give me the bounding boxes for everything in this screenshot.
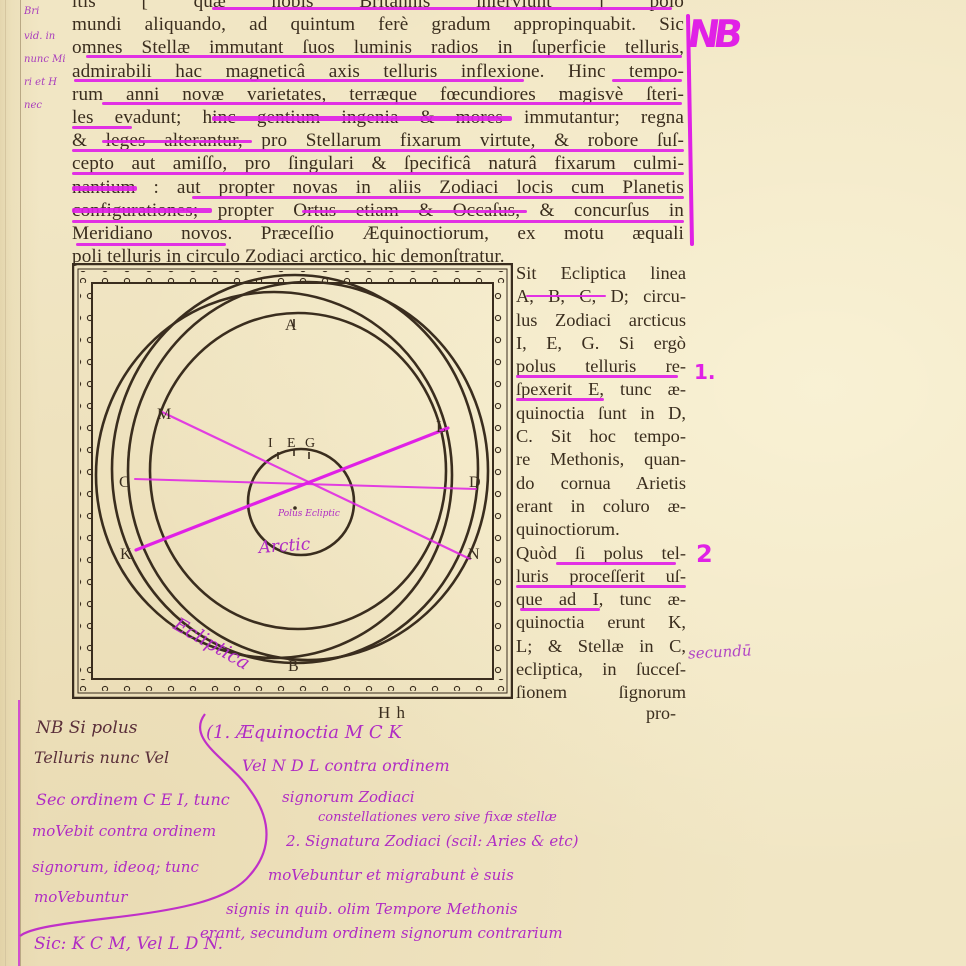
text-line: nantium : aut propter novas in aliis Zod… xyxy=(72,176,684,199)
text-line-content: cepto aut amiſſo, pro ſingulari & ſpecif… xyxy=(72,153,684,174)
strike-mark xyxy=(302,210,527,213)
side-line-content: que ad I, tunc æ- xyxy=(516,589,686,609)
side-line-content: quinoctia ſunt in D, xyxy=(516,403,686,423)
side-line-content: L; & Stellæ in C, xyxy=(516,636,686,656)
left-note: nunc Mi xyxy=(24,48,70,71)
side-line-content: Sit Ecliptica linea xyxy=(516,263,686,283)
signature-mark: H h xyxy=(378,703,406,723)
side-line: erant in coluro æ- xyxy=(516,495,686,518)
side-line: re Methonis, quan- xyxy=(516,448,686,471)
text-line-content: ſtis [ quæ nobis Britannis inſerviunt ] … xyxy=(72,0,684,12)
side-line: ſpexerit E, tunc æ- xyxy=(516,378,686,401)
handwritten-ecliptica: Ecliptica xyxy=(169,613,254,675)
margin-number-1: 1. xyxy=(694,360,716,384)
side-line-content: C. Sit hoc tempo- xyxy=(516,426,686,446)
text-line: ſtis [ quæ nobis Britannis inſerviunt ] … xyxy=(72,0,684,13)
side-line-content: I, E, G. Si ergò xyxy=(516,333,686,353)
manuscript-line: constellationes vero sive fixæ stellæ xyxy=(318,810,557,825)
side-line: I, E, G. Si ergò xyxy=(516,332,686,355)
diagram-svg: A B C D I E G K L M N Polus Ecliptic Arc… xyxy=(72,263,513,699)
manuscript-line: Vel N D L contra ordinem xyxy=(242,756,450,775)
label-k: K xyxy=(120,546,132,563)
side-column: Sit Ecliptica linea A, B, C, D; circu- l… xyxy=(516,262,686,705)
side-line: quinoctia erunt K, xyxy=(516,611,686,634)
side-line-content: ſpexerit E, tunc æ- xyxy=(516,379,686,399)
side-line: quinoctia ſunt in D, xyxy=(516,402,686,425)
strike-mark xyxy=(526,295,606,297)
manuscript-line: moVebuntur et migrabunt è suis xyxy=(268,866,514,884)
side-line-content: re Methonis, quan- xyxy=(516,449,686,469)
strike-mark xyxy=(72,186,137,191)
text-line: Meridiano novos. Præceſſio Æquinoctiorum… xyxy=(72,222,684,245)
label-i: I xyxy=(268,436,273,451)
left-note: nec xyxy=(24,94,70,117)
manuscript-line: Sic: K C M, Vel L D N. xyxy=(34,934,223,954)
text-line: & leges alterantur, pro Stellarum fixaru… xyxy=(72,129,684,152)
side-line-content: ecliptica, in ſucceſ- xyxy=(516,659,686,679)
side-line-content: polus telluris re- xyxy=(516,356,686,376)
label-c: C xyxy=(119,474,130,491)
text-line: admirabili hac magneticâ axis telluris i… xyxy=(72,60,684,83)
manuscript-line: signis in quib. olim Tempore Methonis xyxy=(226,900,518,918)
label-m: M xyxy=(157,406,171,423)
side-line: ſionem ſignorum xyxy=(516,681,686,704)
side-line: Quòd ſi polus tel- xyxy=(516,542,686,565)
text-line: les evadunt; hinc gentium ingenia & more… xyxy=(72,106,684,129)
text-line: omnes Stellæ immutant ſuos luminis radio… xyxy=(72,36,684,59)
text-line: cepto aut amiſſo, pro ſingulari & ſpecif… xyxy=(72,152,684,175)
margin-number-2: 2 xyxy=(696,540,713,568)
left-margin-notes: Bri vid. in nunc Mi ri et H nec xyxy=(24,0,70,117)
left-note: Bri xyxy=(24,0,70,23)
left-note: vid. in xyxy=(24,25,70,48)
astronomical-diagram: A B C D I E G K L M N Polus Ecliptic Arc… xyxy=(72,263,513,699)
handwritten-arctic: Arctic xyxy=(256,534,311,558)
highlight-mark xyxy=(74,79,524,82)
side-line: luris proceſſerit uſ- xyxy=(516,565,686,588)
side-line-content: quinoctiorum. xyxy=(516,519,620,539)
side-line-content: luris proceſſerit uſ- xyxy=(516,566,686,586)
left-note: ri et H xyxy=(24,71,70,94)
highlight-mark xyxy=(612,79,682,82)
label-l: L xyxy=(436,419,446,436)
main-paragraph: ſtis [ quæ nobis Britannis inſerviunt ] … xyxy=(72,0,684,268)
manuscript-line: 2. Signatura Zodiaci (scil: Aries & etc) xyxy=(286,832,578,850)
label-b: B xyxy=(288,658,299,675)
handwritten-polus-ecliptic: Polus Ecliptic xyxy=(277,509,340,519)
label-n: N xyxy=(468,546,480,563)
label-e: E xyxy=(287,436,296,451)
catchword: pro- xyxy=(646,703,676,724)
nb-annotation: NB xyxy=(685,12,740,56)
highlight-mark xyxy=(212,7,672,10)
side-line: quinoctiorum. xyxy=(516,518,686,541)
label-a: A xyxy=(285,317,297,334)
manuscript-line: (1. Æquinoctia M C K xyxy=(206,722,402,743)
side-line: polus telluris re- xyxy=(516,355,686,378)
side-line: C. Sit hoc tempo- xyxy=(516,425,686,448)
side-line-content: quinoctia erunt K, xyxy=(516,612,686,632)
label-d: D xyxy=(469,474,481,491)
side-line: que ad I, tunc æ- xyxy=(516,588,686,611)
side-line-content: erant in coluro æ- xyxy=(516,496,686,516)
side-line: lus Zodiaci arcticus xyxy=(516,309,686,332)
text-line-content: Meridiano novos. Præceſſio Æquinoctiorum… xyxy=(72,223,684,244)
side-line-content: Quòd ſi polus tel- xyxy=(516,543,686,563)
text-line-content: mundi aliquando, ad quintum ferè gradum … xyxy=(72,14,684,35)
text-line: mundi aliquando, ad quintum ferè gradum … xyxy=(72,13,684,36)
side-line-content: lus Zodiaci arcticus xyxy=(516,310,686,330)
side-line-content: do cornua Arietis xyxy=(516,473,686,493)
text-line-content: nantium : aut propter novas in aliis Zod… xyxy=(72,177,684,198)
strike-mark xyxy=(102,140,252,143)
manuscript-line: erant, secundum ordinem signorum contrar… xyxy=(200,924,563,942)
label-g: G xyxy=(305,436,315,451)
highlight-mark xyxy=(102,102,682,105)
strike-mark xyxy=(212,116,512,121)
side-line: do cornua Arietis xyxy=(516,472,686,495)
side-line: ecliptica, in ſucceſ- xyxy=(516,658,686,681)
side-line: L; & Stellæ in C, xyxy=(516,635,686,658)
side-line-content: ſionem ſignorum xyxy=(516,682,686,702)
side-line: Sit Ecliptica linea xyxy=(516,262,686,285)
manuscript-line: signorum Zodiaci xyxy=(282,788,415,806)
text-line: rum anni novæ varietates, terræque fœcun… xyxy=(72,83,684,106)
highlight-mark xyxy=(86,55,682,58)
text-line: configurationes; propter Ortus etiam & O… xyxy=(72,199,684,222)
strike-mark xyxy=(72,208,212,213)
margin-note-secundum: secundū xyxy=(688,641,752,662)
side-line: A, B, C, D; circu- xyxy=(516,285,686,308)
